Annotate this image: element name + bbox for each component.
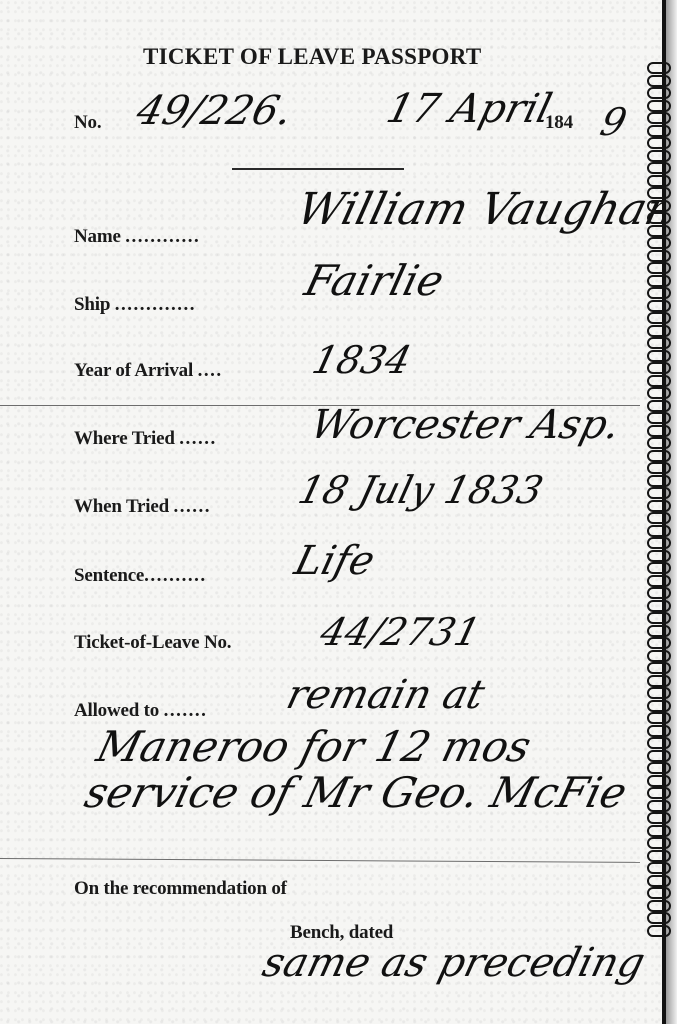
spiral-coil — [647, 662, 671, 674]
spiral-coil — [647, 262, 671, 274]
spiral-coil — [647, 750, 671, 762]
year-suffix: 9 — [596, 100, 631, 144]
spiral-coil — [647, 62, 671, 74]
field-value-name: William Vaughan — [292, 184, 677, 235]
section-divider-2 — [0, 858, 640, 863]
spiral-coil — [647, 100, 671, 112]
spiral-coil — [647, 900, 671, 912]
spiral-coil — [647, 200, 671, 212]
spiral-coil — [647, 225, 671, 237]
number-value: 49/226. — [132, 88, 297, 134]
spiral-coil — [647, 175, 671, 187]
spiral-coil — [647, 537, 671, 549]
field-label-ship: Ship ............. — [74, 294, 196, 316]
field-value-allowed-to: remain at — [282, 672, 489, 718]
spiral-coil — [647, 287, 671, 299]
spiral-coil — [647, 437, 671, 449]
spiral-coil — [647, 137, 671, 149]
spiral-coil — [647, 562, 671, 574]
spiral-coil — [647, 387, 671, 399]
spiral-coil — [647, 850, 671, 862]
field-label-allowed-to: Allowed to ....... — [74, 700, 207, 722]
spiral-coil — [647, 612, 671, 624]
spiral-coil — [647, 350, 671, 362]
field-value-ticket-of-leave-no: 44/2731 — [316, 610, 485, 654]
spiral-coil — [647, 775, 671, 787]
spiral-coil — [647, 112, 671, 124]
spiral-coil — [647, 312, 671, 324]
spiral-coil — [647, 487, 671, 499]
title-underline — [232, 168, 404, 170]
field-value-when-tried: 18 July 1833 — [294, 468, 548, 512]
spiral-coil — [647, 462, 671, 474]
spiral-coil — [647, 237, 671, 249]
spiral-coil — [647, 125, 671, 137]
spiral-coil — [647, 800, 671, 812]
spiral-coil — [647, 300, 671, 312]
field-label-where-tried: Where Tried ...... — [74, 428, 217, 450]
spiral-coil — [647, 587, 671, 599]
spiral-coil — [647, 512, 671, 524]
bench-dated-value: same as preceding — [258, 940, 650, 986]
spiral-coil — [647, 475, 671, 487]
spiral-coil — [647, 275, 671, 287]
field-label-year-of-arrival: Year of Arrival .... — [74, 360, 223, 382]
spiral-coil — [647, 700, 671, 712]
issue-date: 17 April — [382, 86, 556, 132]
field-value-sentence: Life — [290, 538, 379, 584]
spiral-coil — [647, 362, 671, 374]
number-label: No. — [74, 112, 101, 134]
spiral-coil — [647, 650, 671, 662]
spiral-coil — [647, 325, 671, 337]
spiral-coil — [647, 737, 671, 749]
spiral-coil — [647, 600, 671, 612]
spiral-coil — [647, 500, 671, 512]
spiral-coil — [647, 787, 671, 799]
spiral-coil — [647, 925, 671, 937]
spiral-coil — [647, 450, 671, 462]
spiral-coil — [647, 87, 671, 99]
field-value-where-tried: Worcester Asp. — [306, 402, 625, 448]
spiral-coil — [647, 212, 671, 224]
document-title: TICKET OF LEAVE PASSPORT — [143, 44, 482, 70]
spiral-coil — [647, 862, 671, 874]
spiral-coil — [647, 400, 671, 412]
field-label-name: Name ............ — [74, 226, 200, 248]
recommendation-label: On the recommendation of — [74, 878, 287, 900]
spiral-coil — [647, 425, 671, 437]
spiral-coil — [647, 687, 671, 699]
year-prefix: 184 — [545, 112, 573, 134]
spiral-coil — [647, 162, 671, 174]
spiral-coil — [647, 187, 671, 199]
spiral-coil — [647, 887, 671, 899]
allowed-to-continuation-line-2: service of Mr Geo. McFie — [80, 768, 632, 817]
spiral-coil — [647, 725, 671, 737]
spiral-coil — [647, 825, 671, 837]
field-value-year-of-arrival: 1834 — [308, 338, 416, 382]
spiral-coil — [647, 525, 671, 537]
spiral-coil — [647, 875, 671, 887]
field-label-ticket-of-leave-no: Ticket-of-Leave No. — [74, 632, 231, 654]
spiral-coil — [647, 337, 671, 349]
spiral-coil — [647, 712, 671, 724]
field-label-sentence: Sentence.......... — [74, 565, 207, 587]
spiral-coil — [647, 75, 671, 87]
allowed-to-continuation-line-1: Maneroo for 12 mos — [92, 722, 536, 771]
spiral-coil — [647, 837, 671, 849]
spiral-coil — [647, 812, 671, 824]
spiral-coil — [647, 912, 671, 924]
spiral-coil — [647, 550, 671, 562]
spiral-coil — [647, 412, 671, 424]
spiral-coil — [647, 762, 671, 774]
spiral-coil — [647, 575, 671, 587]
field-label-when-tried: When Tried ...... — [74, 496, 211, 518]
spiral-coil — [647, 637, 671, 649]
spiral-coil — [647, 250, 671, 262]
spiral-coil — [647, 150, 671, 162]
passport-page: TICKET OF LEAVE PASSPORT No. 49/226. 17 … — [0, 0, 677, 1024]
field-value-ship: Fairlie — [300, 256, 449, 305]
spiral-coil — [647, 675, 671, 687]
spiral-coil — [647, 625, 671, 637]
spiral-coil — [647, 375, 671, 387]
